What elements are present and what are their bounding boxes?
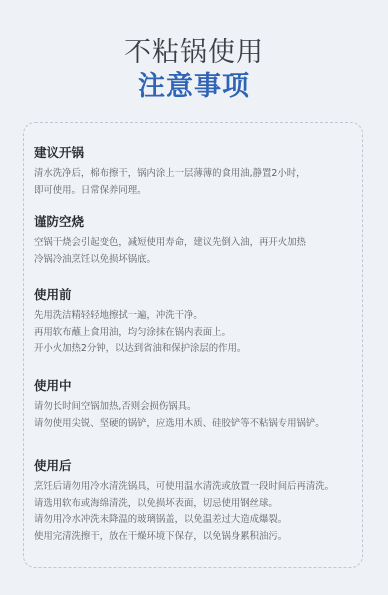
section-heading: 谨防空烧 bbox=[34, 214, 356, 230]
section-line: 烹饪后请勿用冷水清洗锅具，可使用温水清洗或放置一段时间后再清洗。 bbox=[34, 479, 356, 496]
section-break-in: 建议开锅 清水洗净后，棉布擦干，锅内涂上一层薄薄的食用油,静置2小时， 即可使用… bbox=[34, 145, 356, 199]
section-heading: 使用后 bbox=[34, 458, 356, 474]
section-heading: 使用前 bbox=[34, 287, 356, 303]
section-line: 请勿用冷水冲洗未降温的玻璃锅盖，以免温差过大造成爆裂。 bbox=[34, 512, 356, 529]
section-line: 空锅干烧会引起变色，减短使用寿命，建议先倒入油，再开火加热 bbox=[34, 235, 356, 252]
section-line: 清水洗净后，棉布擦干，锅内涂上一层薄薄的食用油,静置2小时， bbox=[34, 166, 356, 183]
section-before-use: 使用前 先用洗洁精轻轻地擦拭一遍，冲洗干净。 再用软布蘸上食用油，均匀涂抹在锅内… bbox=[34, 287, 356, 358]
section-line: 请勿长时间空锅加热,否则会损伤锅具。 bbox=[34, 399, 356, 416]
section-line: 先用洗洁精轻轻地擦拭一遍，冲洗干净。 bbox=[34, 308, 356, 325]
title-main: 不粘锅使用 bbox=[0, 36, 388, 70]
section-after-use: 使用后 烹饪后请勿用冷水清洗锅具，可使用温水清洗或放置一段时间后再清洗。 请选用… bbox=[34, 458, 356, 545]
section-line: 使用完清洗擦干，放在干燥环境下保存，以免锅身累积油污。 bbox=[34, 529, 356, 546]
section-avoid-dry-heating: 谨防空烧 空锅干烧会引起变色，减短使用寿命，建议先倒入油，再开火加热 冷锅冷油烹… bbox=[34, 214, 356, 268]
section-line: 即可使用。日常保养同理。 bbox=[34, 183, 356, 200]
section-line: 请选用软布或海绵清洗，以免损坏表面，切忌使用钢丝球。 bbox=[34, 496, 356, 513]
section-heading: 建议开锅 bbox=[34, 145, 356, 161]
section-heading: 使用中 bbox=[34, 378, 356, 394]
section-line: 冷锅冷油烹饪以免损坏锅底。 bbox=[34, 252, 356, 269]
notice-card: 建议开锅 清水洗净后，棉布擦干，锅内涂上一层薄薄的食用油,静置2小时， 即可使用… bbox=[23, 122, 363, 568]
section-line: 再用软布蘸上食用油，均匀涂抹在锅内表面上。 bbox=[34, 325, 356, 342]
section-during-use: 使用中 请勿长时间空锅加热,否则会损伤锅具。 请勿使用尖锐、坚硬的锅铲，应选用木… bbox=[34, 378, 356, 432]
page-title: 不粘锅使用 注意事项 bbox=[0, 36, 388, 104]
title-subtitle: 注意事项 bbox=[0, 70, 388, 104]
section-line: 开小火加热2分钟，以达到省油和保护涂层的作用。 bbox=[34, 341, 356, 358]
section-line: 请勿使用尖锐、坚硬的锅铲，应选用木质、硅胶铲等不粘锅专用锅铲。 bbox=[34, 416, 356, 433]
